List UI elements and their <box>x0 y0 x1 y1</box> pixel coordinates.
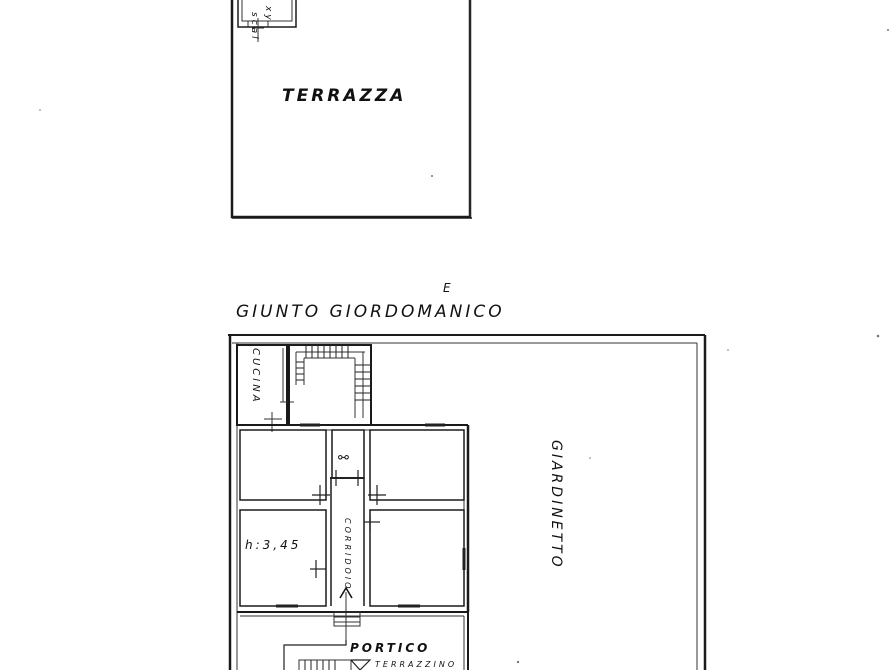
stairwell <box>289 345 371 425</box>
room-top-right <box>370 430 464 500</box>
small-terrace-label: TERRAZZINO <box>375 660 457 669</box>
upper-stair-box: scal xy <box>238 0 296 42</box>
heading-label: GIUNTO GIORDOMANICO <box>236 302 505 322</box>
floor-plan-drawing: scal xy TERRAZZA E GIUNTO GIORDOMANICO C… <box>0 0 893 670</box>
porch: PORTICO TERRAZZINO <box>237 612 468 670</box>
room-bottom-left: h:3,45 <box>240 510 326 606</box>
room-height-label: h:3,45 <box>245 538 301 552</box>
room-kitchen: CUCINA <box>237 345 294 432</box>
room-bathroom: ⚯ <box>332 430 364 478</box>
upper-plan-terrazza: scal xy TERRAZZA <box>232 0 472 218</box>
corridor-label: CORRIDOIO <box>343 518 352 591</box>
svg-text:scal: scal <box>249 12 259 42</box>
room-top-left <box>240 430 326 500</box>
lower-plan-heading: E GIUNTO GIORDOMANICO <box>236 281 505 322</box>
garden-label: GIARDINETTO <box>548 440 564 570</box>
terrazza-label: TERRAZZA <box>282 86 406 106</box>
svg-text:xy: xy <box>263 5 273 23</box>
room-bottom-right <box>370 510 464 606</box>
porch-label: PORTICO <box>350 641 430 655</box>
lower-plan: CUCINA <box>228 335 705 670</box>
heading-annotation: E <box>443 281 454 295</box>
kitchen-label: CUCINA <box>250 348 261 405</box>
svg-text:⚯: ⚯ <box>338 451 352 466</box>
